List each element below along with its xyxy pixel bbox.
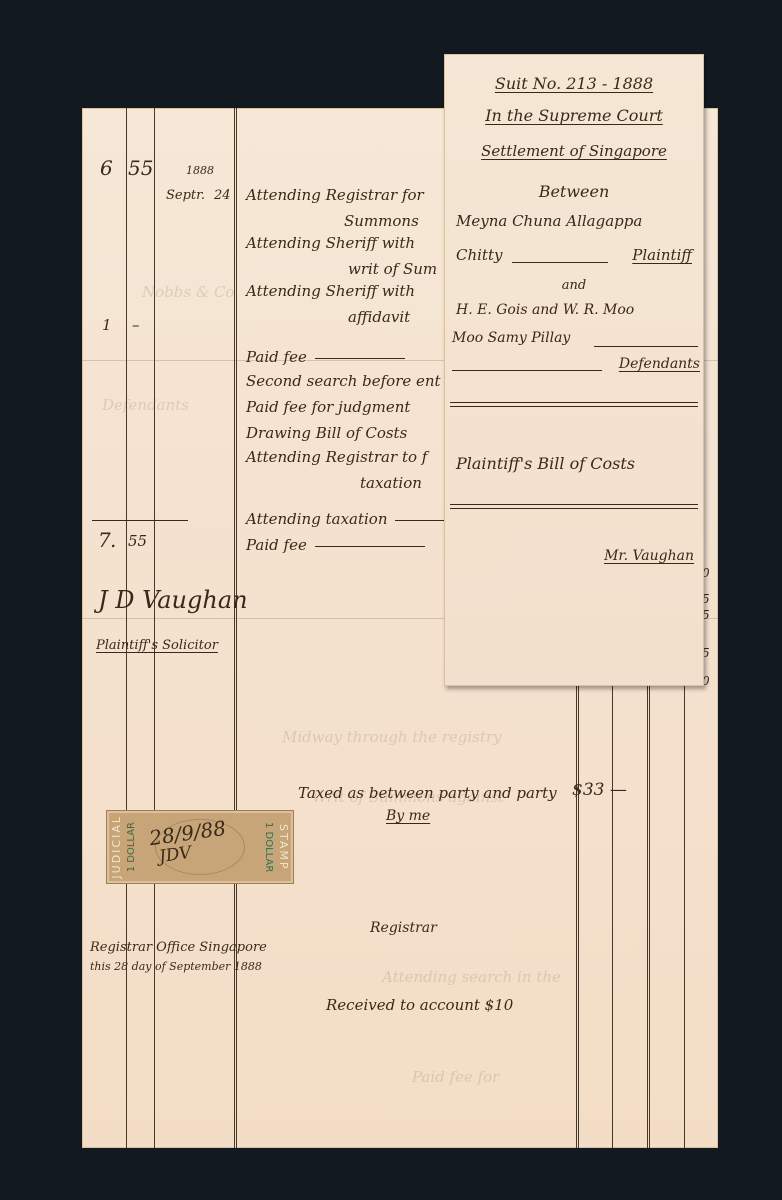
column-rule bbox=[154, 108, 155, 1148]
cover-sheet: Suit No. 213 - 1888 In the Supreme Court… bbox=[444, 54, 704, 686]
entry: Attending taxation bbox=[246, 510, 455, 528]
amount-cents: – bbox=[132, 316, 140, 334]
defendant-role: Defendants bbox=[619, 356, 700, 372]
day: 24 bbox=[214, 188, 231, 203]
plaintiff-role: Plaintiff bbox=[632, 246, 692, 264]
by-me: By me bbox=[386, 808, 430, 824]
settlement: Settlement of Singapore bbox=[444, 142, 704, 160]
divider bbox=[450, 402, 698, 407]
suit-number: Suit No. 213 - 1888 bbox=[444, 74, 704, 93]
amount-cents: 55 bbox=[128, 156, 153, 180]
amount-dollars: 1 bbox=[102, 316, 112, 334]
entry: Attending Registrar for bbox=[246, 186, 424, 204]
signature-caption: Plaintiff's Solicitor bbox=[96, 638, 218, 653]
entry: Paid fee bbox=[246, 348, 405, 366]
entry: taxation bbox=[360, 474, 422, 492]
solicitor-signature: J D Vaughan bbox=[98, 586, 248, 614]
entry: Paid fee for judgment bbox=[246, 398, 410, 416]
column-rule bbox=[234, 108, 237, 1148]
entry: Attending Registrar to f bbox=[246, 448, 427, 466]
total-rule bbox=[92, 520, 188, 521]
total-dollars: 7 bbox=[98, 528, 111, 552]
divider bbox=[450, 504, 698, 509]
stamp-value-right: 1 DOLLAR bbox=[263, 822, 274, 872]
entry: Attending Sheriff with bbox=[246, 234, 415, 252]
entry: Drawing Bill of Costs bbox=[246, 424, 407, 442]
solicitor-name: Mr. Vaughan bbox=[604, 548, 694, 564]
office-line-1: Registrar Office Singapore bbox=[90, 940, 267, 955]
judicial-stamp: JUDICIAL 1 DOLLAR 28/9/88 JDV 1 DOLLAR S… bbox=[106, 810, 294, 884]
taxed-amount: $33 — bbox=[572, 780, 627, 800]
entry: Paid fee bbox=[246, 536, 425, 554]
entry: Second search before ent bbox=[246, 372, 441, 390]
entry: Summons bbox=[344, 212, 419, 230]
plaintiff-name: Meyna Chuna Allagappa bbox=[456, 212, 704, 230]
stamp-right-label: STAMP bbox=[274, 824, 293, 871]
entry: Attending Sheriff with bbox=[246, 282, 415, 300]
defendant-names: H. E. Gois and W. R. Moo bbox=[456, 302, 704, 318]
stamp-left-label: JUDICIAL bbox=[107, 815, 126, 879]
taxed-statement: Taxed as between party and party bbox=[298, 784, 557, 802]
stamp-value-left: 1 DOLLAR bbox=[126, 822, 137, 872]
month: Septr. bbox=[166, 188, 205, 203]
entry: affidavit bbox=[348, 308, 410, 326]
amount-dollars: 6 bbox=[100, 156, 113, 180]
stamp-center: 28/9/88 JDV bbox=[137, 811, 263, 883]
and-label: and bbox=[444, 278, 704, 293]
defendant-names-cont: Moo Samy Pillay bbox=[452, 330, 704, 346]
office-line-2: this 28 day of September 1888 bbox=[90, 960, 262, 973]
total-cents: 55 bbox=[128, 532, 147, 550]
bill-title: Plaintiff's Bill of Costs bbox=[456, 454, 704, 473]
registrar-label: Registrar bbox=[370, 920, 437, 936]
between-label: Between bbox=[444, 182, 704, 201]
column-rule bbox=[126, 108, 127, 1148]
year: 1888 bbox=[186, 164, 214, 177]
entry: writ of Sum bbox=[348, 260, 437, 278]
court-name: In the Supreme Court bbox=[444, 106, 704, 125]
received-note: Received to account $10 bbox=[326, 996, 513, 1014]
